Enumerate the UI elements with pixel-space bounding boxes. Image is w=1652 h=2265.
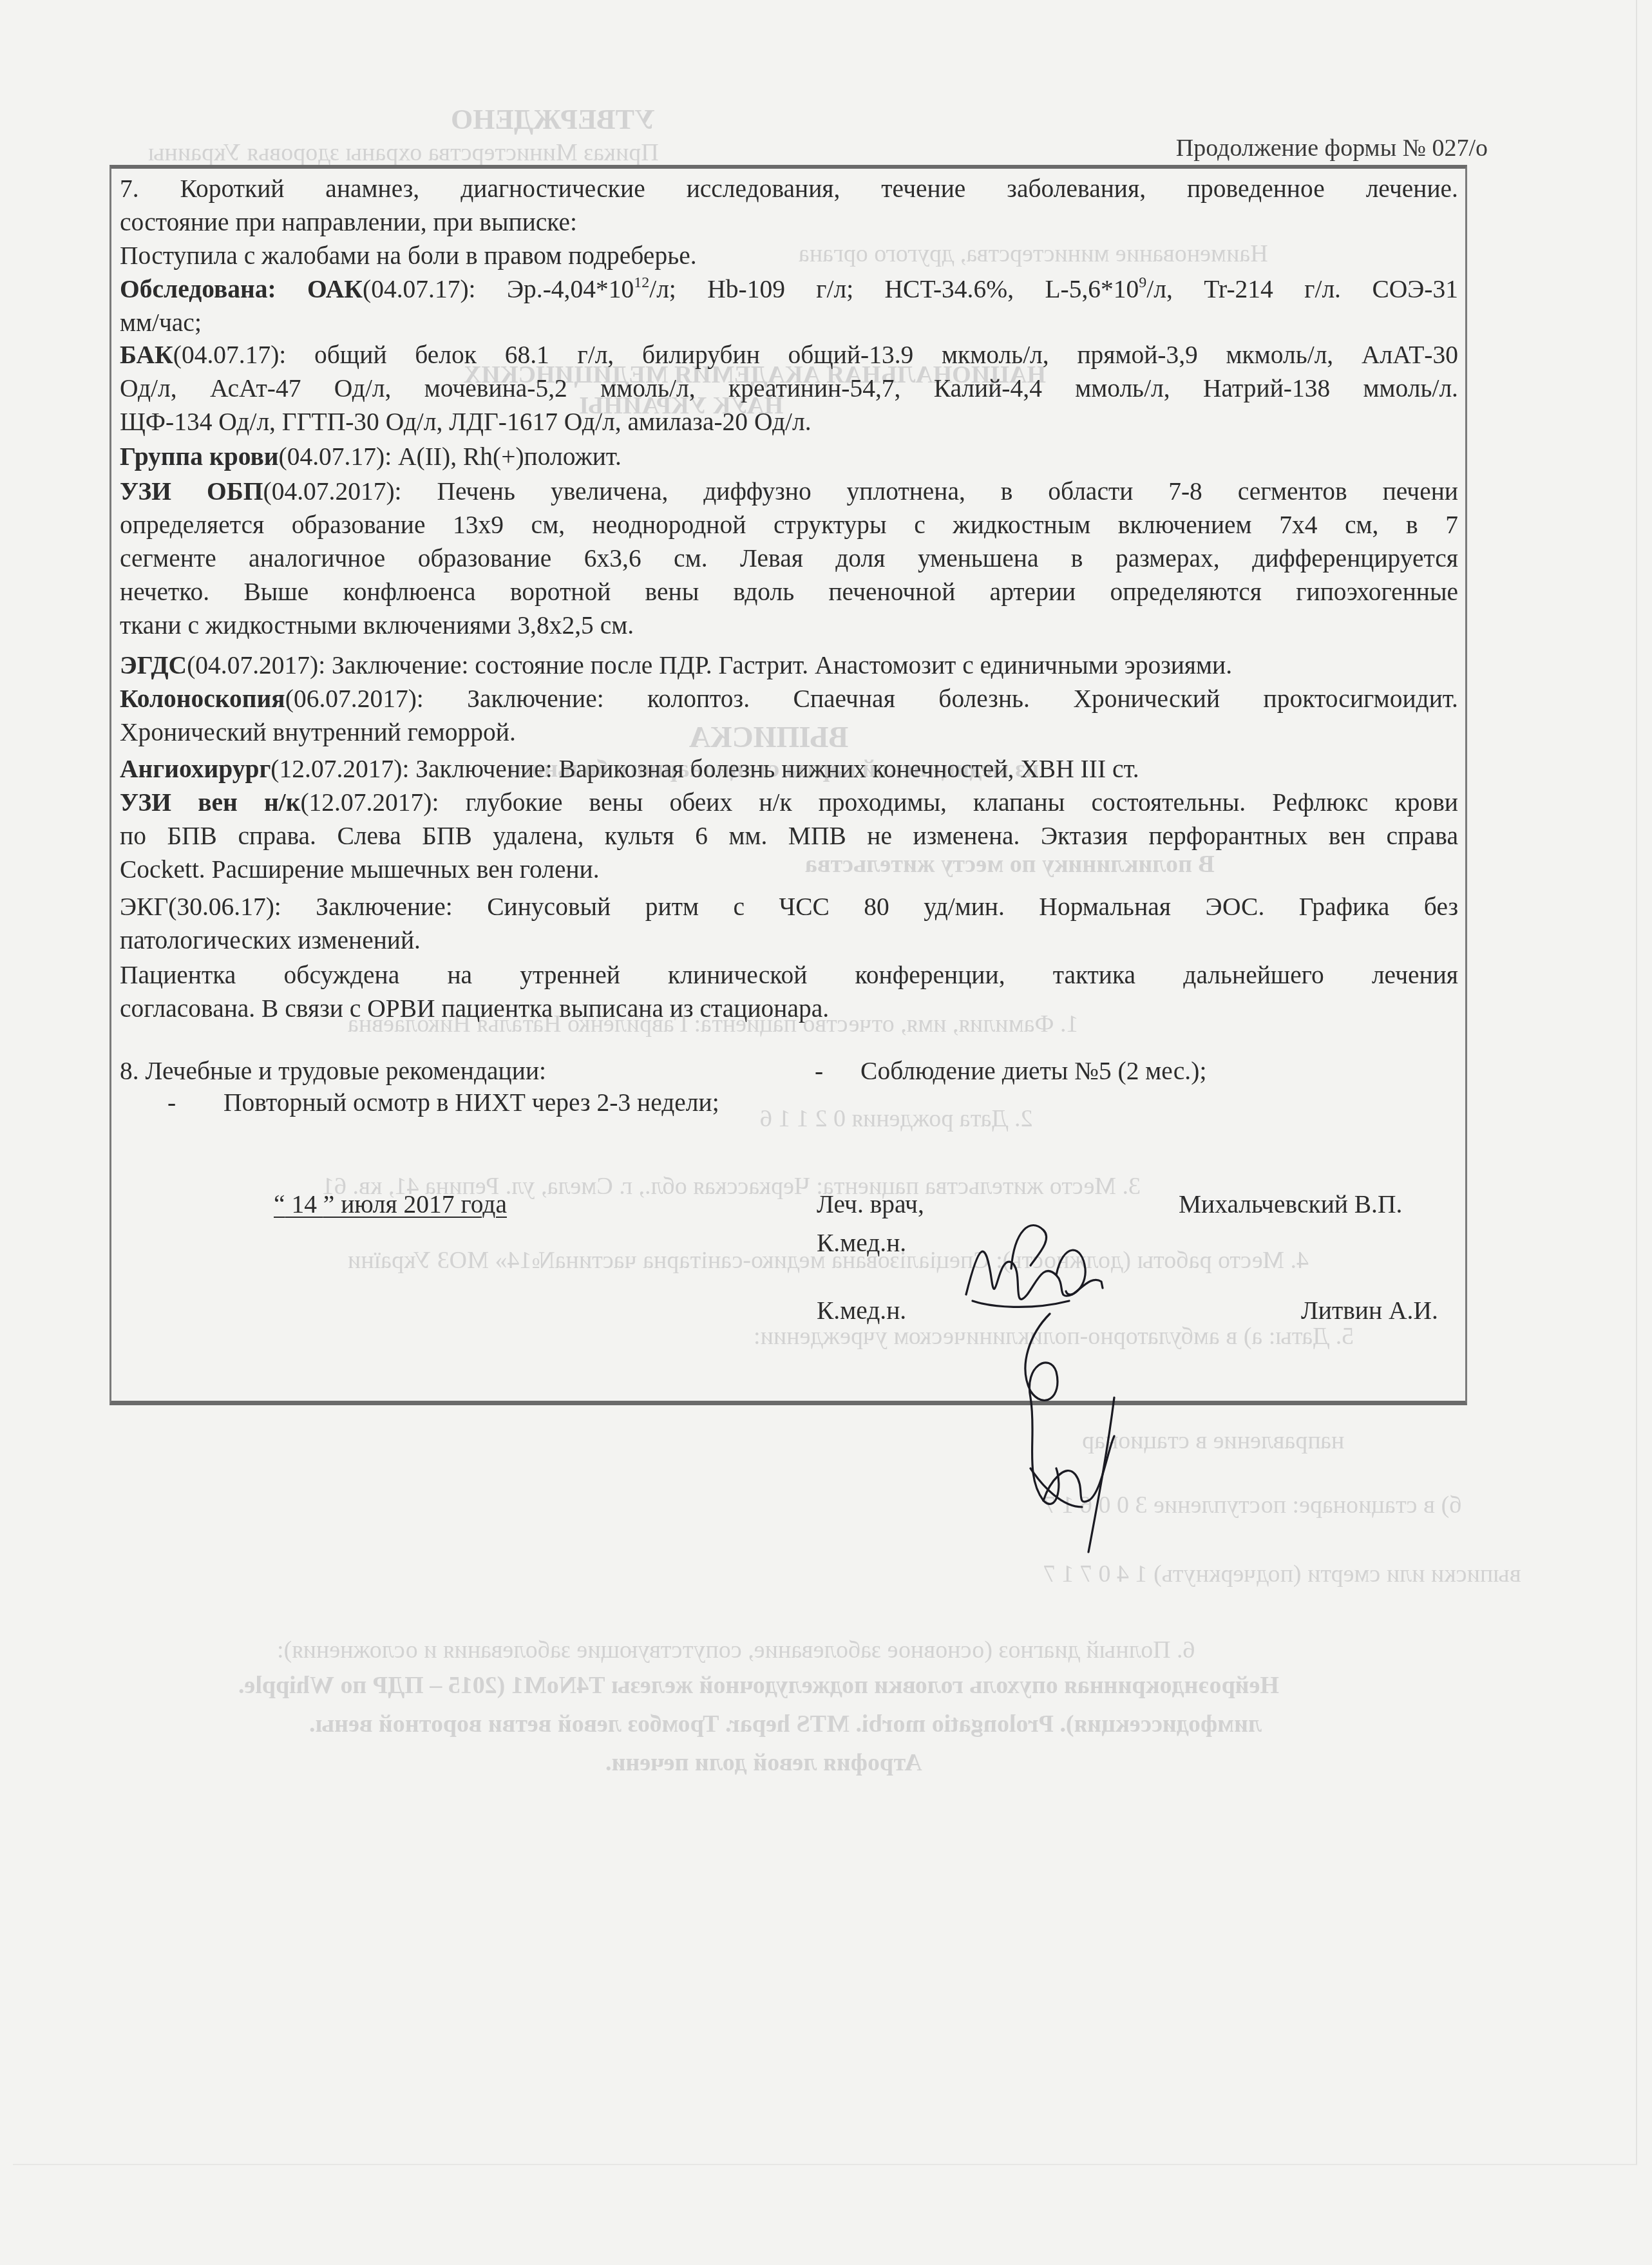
oak-line-cont: мм/час;: [120, 308, 1458, 337]
recommendation-item: - Соблюдение диеты №5 (2 мес.);: [815, 1056, 1206, 1086]
ghost-text: лимфодиссекция). Prolongatio morbi. MTS …: [309, 1710, 1262, 1738]
bak-line-2: Од/л, АсАт-47 Од/л, мочевина-5,2 ммоль/л…: [120, 374, 1458, 403]
bak-label: БАК: [120, 341, 173, 369]
bullet-dash: -: [815, 1057, 823, 1085]
egds-label: ЭГДС: [120, 651, 187, 679]
attending-label: Леч. врач,: [817, 1189, 924, 1219]
uzi-veins-line-2: по БПВ справа. Слева БПВ удалена, культя…: [120, 821, 1458, 851]
complaint-text: Поступила с жалобами на боли в правом по…: [120, 241, 1458, 270]
attending-physician-name: Михальчевский В.П.: [1179, 1189, 1402, 1219]
uzi-obp-label: УЗИ ОБП: [120, 477, 263, 506]
bullet-dash: -: [167, 1088, 176, 1117]
uzi-obp-line-3: сегменте аналогичное образование 6х3,6 с…: [120, 544, 1458, 573]
conclusion-line: Пациентка обсуждена на утренней клиничес…: [120, 960, 1458, 990]
ghost-text: 6. Полный диагноз (основное заболевание,…: [277, 1636, 1195, 1664]
ekg-line: ЭКГ(30.06.17): Заключение: Синусовый рит…: [120, 892, 1458, 922]
ghost-text: Приказ Министерства охраны здоровья Укра…: [148, 138, 659, 167]
egds-line: ЭГДС(04.07.2017): Заключение: состояние …: [120, 650, 1458, 680]
angiosurgeon-label: Ангиохирург: [120, 755, 271, 783]
angiosurgeon-line: Ангиохирург(12.07.2017): Заключение: Вар…: [120, 754, 1458, 784]
degree-label: К.мед.н.: [817, 1296, 906, 1325]
ghost-text: УТВЕРЖДЕНО: [451, 103, 655, 136]
uzi-veins-line: УЗИ вен н/к(12.07.2017): глубокие вены о…: [120, 788, 1458, 817]
recommendation-item: - Повторный осмотр в НИХТ через 2-3 неде…: [167, 1088, 719, 1117]
discharge-date: “ 14 ” июля 2017 года: [274, 1189, 507, 1219]
ghost-text: Нейроэндокринная опухоль головки поджелу…: [238, 1671, 1279, 1700]
colonoscopy-label: Колоноскопия: [120, 685, 285, 713]
oak-line: Обследована: ОАК(04.07.17): Эр.-4,04*101…: [120, 274, 1458, 304]
colonoscopy-line: Колоноскопия(06.07.2017): Заключение: ко…: [120, 684, 1458, 714]
degree-label: К.мед.н.: [817, 1228, 906, 1258]
blood-group-label: Группа крови: [120, 442, 279, 471]
ekg-line-2: патологических изменений.: [120, 925, 1458, 955]
section-8-title: 8. Лечебные и трудовые рекомендации:: [120, 1056, 546, 1086]
oak-label: Обследована: ОАК: [120, 275, 363, 303]
uzi-obp-line-5: ткани с жидкостными включениями 3,8х2,5 …: [120, 611, 1458, 640]
conclusion-line-2: согласована. В связи с ОРВИ пациентка вы…: [120, 994, 1458, 1023]
blood-group-line: Группа крови(04.07.17): A(II), Rh(+)поло…: [120, 442, 1458, 471]
uzi-veins-label: УЗИ вен н/к: [120, 788, 300, 817]
section-7-title: 7. Короткий анамнез, диагностические исс…: [120, 174, 1458, 204]
bak-line: БАК(04.07.17): общий белок 68.1 г/л, бил…: [120, 340, 1458, 370]
colonoscopy-line-2: Хронический внутренний геморрой.: [120, 717, 1458, 747]
signature-icon: [953, 1204, 1166, 1565]
uzi-obp-line-4: нечетко. Выше конфлюенса воротной вены в…: [120, 577, 1458, 607]
uzi-veins-line-3: Cockett. Расширение мышечных вен голени.: [120, 855, 1458, 884]
uzi-obp-line-2: определяется образование 13х9 см, неодно…: [120, 510, 1458, 540]
ghost-text: Атрофия левой доли печени.: [605, 1749, 922, 1777]
bak-line-3: ЩФ-134 Од/л, ГГТП-30 Од/л, ЛДГ-1617 Од/л…: [120, 407, 1458, 437]
section-7-title-cont: состояние при направлении, при выписке:: [120, 207, 1458, 237]
form-continuation-label: Продолжение формы № 027/о: [1176, 134, 1488, 162]
ekg-label: ЭКГ: [120, 893, 168, 921]
second-physician-name: Литвин А.И.: [1301, 1296, 1438, 1325]
uzi-obp-line: УЗИ ОБП(04.07.2017): Печень увеличена, д…: [120, 477, 1458, 506]
